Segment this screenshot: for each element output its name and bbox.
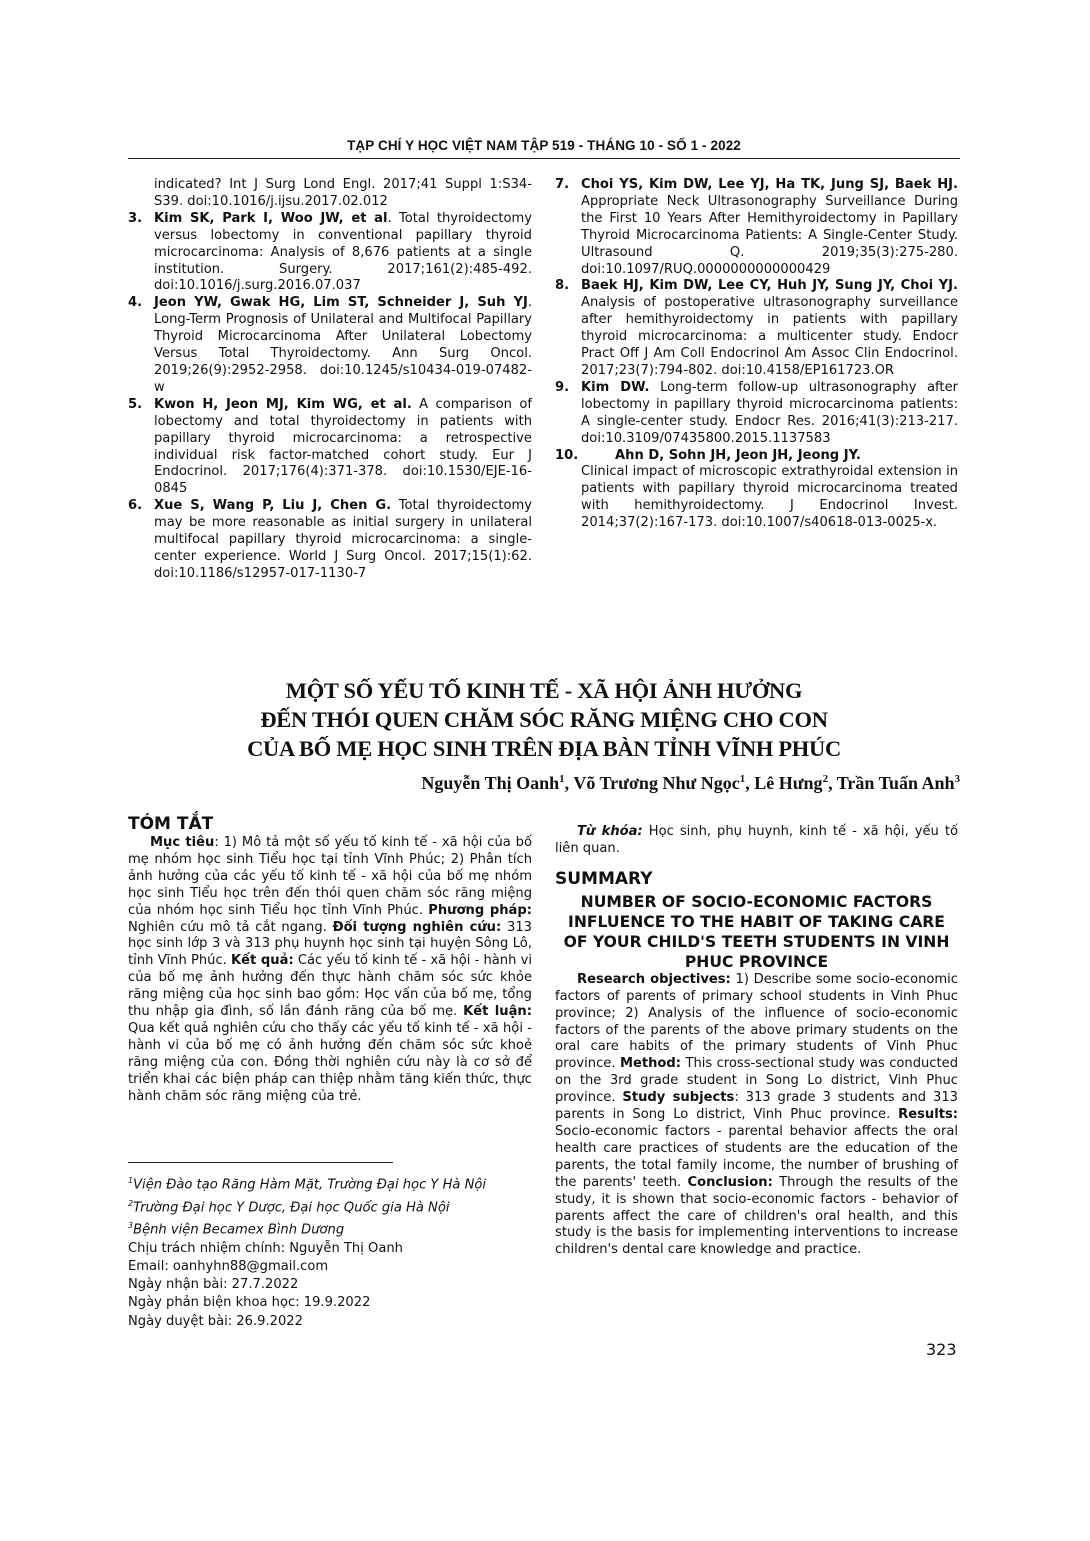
author-name: Trần Tuấn Anh [837, 773, 955, 793]
reference-item: 8. Baek HJ, Kim DW, Lee CY, Huh JY, Sung… [555, 278, 958, 379]
reference-authors: Ahn D, Sohn JH, Jeon JH, Jeong JY. [615, 448, 861, 463]
method-label: Phương pháp: [428, 903, 532, 918]
footnote-divider [128, 1162, 393, 1163]
summary-heading: SUMMARY [555, 868, 958, 890]
reference-authors: Choi YS, Kim DW, Lee YJ, Ha TK, Jung SJ,… [581, 177, 958, 192]
reference-number: 7. [555, 177, 581, 278]
email: Email: oanhyhn88@gmail.com [128, 1258, 532, 1276]
method-text: Nghiên cứu mô tả cắt ngang. [128, 920, 333, 935]
affiliation-text: Viện Đào tạo Răng Hàm Mặt, Trường Đại họ… [133, 1177, 486, 1192]
conclusion-label: Conclusion: [688, 1175, 773, 1190]
author-name: Võ Trương Như Ngọc [573, 773, 739, 793]
date-accepted: Ngày duyệt bài: 26.9.2022 [128, 1313, 532, 1331]
references-right-column: 7. Choi YS, Kim DW, Lee YJ, Ha TK, Jung … [555, 177, 958, 532]
results-label: Kết quả: [231, 953, 294, 968]
reference-number: 3. [128, 211, 154, 296]
objective-label: Research objectives: [577, 972, 731, 987]
reference-number: 4. [128, 295, 154, 396]
reference-authors: Kwon H, Jeon MJ, Kim WG, et al. [154, 397, 412, 412]
reference-text: indicated? Int J Surg Lond Engl. 2017;41… [154, 177, 532, 211]
reference-authors: Jeon YW, Gwak HG, Lim ST, Schneider J, S… [154, 295, 528, 310]
abstract-english: Từ khóa: Học sinh, phụ huynh, kinh tế - … [555, 807, 958, 1259]
reference-item: 4. Jeon YW, Gwak HG, Lim ST, Schneider J… [128, 295, 532, 396]
affiliation-text: Trường Đại học Y Dược, Đại học Quốc gia … [133, 1200, 449, 1215]
title-line: CỦA BỐ MẸ HỌC SINH TRÊN ĐỊA BÀN TỈNH VĨN… [128, 734, 960, 763]
reference-number: 5. [128, 397, 154, 498]
reference-item: 10.Ahn D, Sohn JH, Jeon JH, Jeong JY. Cl… [555, 448, 958, 533]
article-title: MỘT SỐ YẾU TỐ KINH TẾ - XÃ HỘI ẢNH HƯỞNG… [128, 676, 960, 763]
english-title: NUMBER OF SOCIO-ECONOMIC FACTORS INFLUEN… [555, 892, 958, 972]
affiliation-text: Bệnh viện Becamex Bình Dương [133, 1222, 344, 1237]
reference-number: 6. [128, 498, 154, 583]
affiliation-marker: 1 [740, 773, 746, 785]
author-name: Lê Hưng [754, 773, 822, 793]
abstract-continuation-spacer [555, 807, 958, 824]
keywords-label: Từ khóa: [577, 824, 643, 839]
affiliation: 3Bệnh viện Becamex Bình Dương [128, 1217, 532, 1240]
conclusion-label: Kết luận: [463, 1004, 532, 1019]
journal-page: TẠP CHÍ Y HỌC VIỆT NAM TẬP 519 - THÁNG 1… [0, 0, 1090, 1541]
affiliation: 2Trường Đại học Y Dược, Đại học Quốc gia… [128, 1195, 532, 1218]
reference-number: 9. [555, 380, 581, 448]
summary-body: Research objectives: 1) Describe some so… [555, 972, 958, 1259]
conclusion-text: Qua kết quả nghiên cứu cho thấy các yếu … [128, 1021, 532, 1104]
references-left-column: indicated? Int J Surg Lond Engl. 2017;41… [128, 177, 532, 583]
objective-label: Mục tiêu [150, 835, 214, 850]
affiliation-marker: 3 [955, 773, 961, 785]
reference-item: 5. Kwon H, Jeon MJ, Kim WG, et al. A com… [128, 397, 532, 498]
footnotes: 1Viện Đào tạo Răng Hàm Mặt, Trường Đại h… [128, 1172, 532, 1331]
reference-number: 8. [555, 278, 581, 379]
abstract-body: Mục tiêu: 1) Mô tả một số yếu tố kinh tế… [128, 835, 532, 1106]
subjects-label: Study subjects [622, 1090, 734, 1105]
reference-text: Analysis of postoperative ultrasonograph… [581, 295, 958, 378]
reference-text: Appropriate Neck Ultrasonography Surveil… [581, 194, 958, 277]
reference-item: indicated? Int J Surg Lond Engl. 2017;41… [128, 177, 532, 211]
corresponding-author: Chịu trách nhiệm chính: Nguyễn Thị Oanh [128, 1240, 532, 1258]
running-head: TẠP CHÍ Y HỌC VIỆT NAM TẬP 519 - THÁNG 1… [128, 138, 960, 159]
reference-number: 10. [555, 448, 615, 465]
reference-authors: Xue S, Wang P, Liu J, Chen G. [154, 498, 391, 513]
page-number: 323 [926, 1340, 957, 1359]
date-reviewed: Ngày phản biện khoa học: 19.9.2022 [128, 1294, 532, 1312]
title-line: ĐẾN THÓI QUEN CHĂM SÓC RĂNG MIỆNG CHO CO… [128, 705, 960, 734]
reference-authors: Kim SK, Park I, Woo JW, et al [154, 211, 388, 226]
affiliation-marker: 2 [823, 773, 829, 785]
subjects-label: Đối tượng nghiên cứu: [333, 920, 502, 935]
reference-authors: Baek HJ, Kim DW, Lee CY, Huh JY, Sung JY… [581, 278, 958, 293]
title-line: MỘT SỐ YẾU TỐ KINH TẾ - XÃ HỘI ẢNH HƯỞNG [128, 676, 960, 705]
abstract-vietnamese: TÓM TẮT Mục tiêu: 1) Mô tả một số yếu tố… [128, 813, 532, 1106]
reference-text: Clinical impact of microscopic extrathyr… [581, 464, 958, 532]
results-label: Results: [898, 1107, 958, 1122]
reference-authors: Kim DW. [581, 380, 650, 395]
reference-item: 6. Xue S, Wang P, Liu J, Chen G. Total t… [128, 498, 532, 583]
reference-item: 3. Kim SK, Park I, Woo JW, et al. Total … [128, 211, 532, 296]
affiliation: 1Viện Đào tạo Răng Hàm Mặt, Trường Đại h… [128, 1172, 532, 1195]
keywords: Từ khóa: Học sinh, phụ huynh, kinh tế - … [555, 824, 958, 858]
date-received: Ngày nhận bài: 27.7.2022 [128, 1276, 532, 1294]
author-name: Nguyễn Thị Oanh [421, 773, 559, 793]
abstract-heading: TÓM TẮT [128, 813, 532, 835]
author-list: Nguyễn Thị Oanh1, Võ Trương Như Ngọc1, L… [128, 773, 960, 794]
affiliation-marker: 1 [559, 773, 565, 785]
reference-item: 7. Choi YS, Kim DW, Lee YJ, Ha TK, Jung … [555, 177, 958, 278]
reference-item: 9. Kim DW. Long-term follow-up ultrasono… [555, 380, 958, 448]
method-label: Method: [620, 1056, 681, 1071]
